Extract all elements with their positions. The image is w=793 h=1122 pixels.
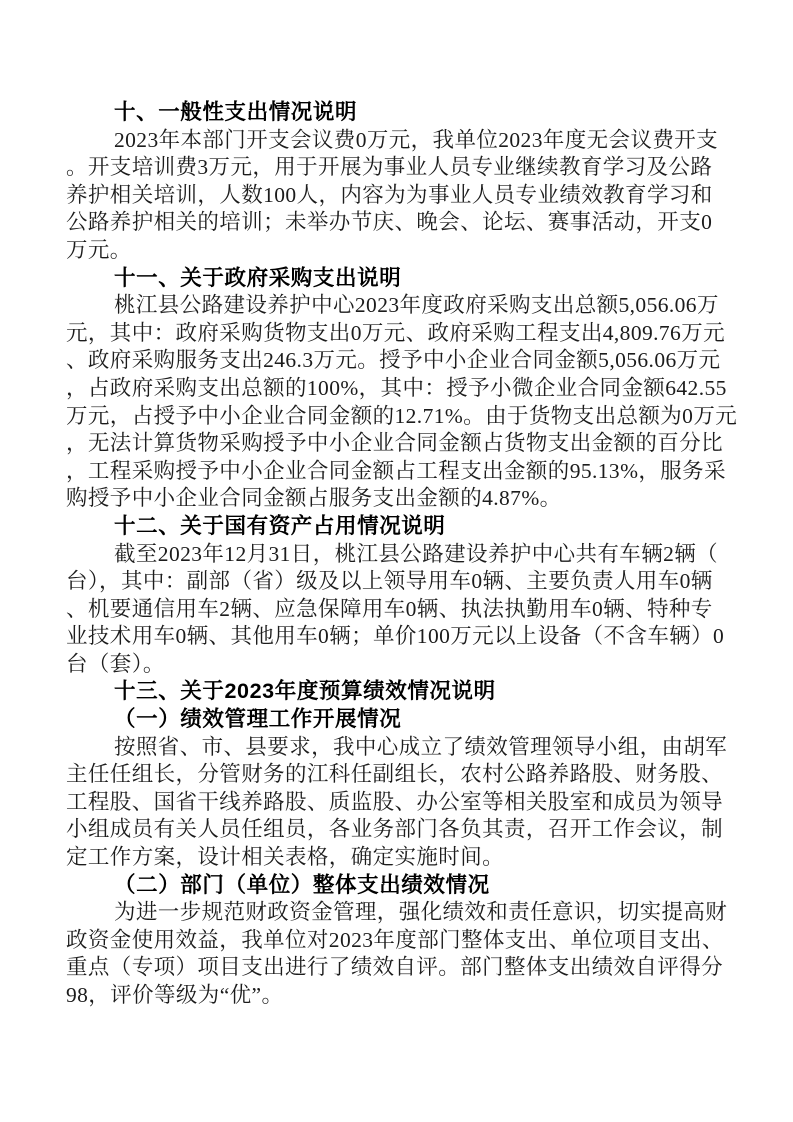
text-line: 截至2023年12月31日，桃江县公路建设养护中心共有车辆2辆（ xyxy=(66,541,730,569)
text-line: 公路养护相关的培训；未举办节庆、晚会、论坛、赛事活动，开支0 xyxy=(66,209,730,237)
text-line: 万元，占授予中小企业合同金额的12.71%。由于货物支出总额为0万元 xyxy=(66,403,730,431)
section-heading: 十、一般性支出情况说明 xyxy=(66,99,730,127)
text-line: 为进一步规范财政资金管理，强化绩效和责任意识，切实提高财 xyxy=(66,899,730,927)
section-heading: （二）部门（单位）整体支出绩效情况 xyxy=(66,872,730,900)
text-line: ，占政府采购支出总额的100%，其中：授予小微企业合同金额642.55 xyxy=(66,375,730,403)
section-heading: 十一、关于政府采购支出说明 xyxy=(66,265,730,293)
text-line: 主任任组长，分管财务的江科任副组长，农村公路养路股、财务股、 xyxy=(66,761,730,789)
document-body: 十、一般性支出情况说明2023年本部门开支会议费0万元，我单位2023年度无会议… xyxy=(66,99,730,1010)
text-line: 养护相关培训，人数100人，内容为为事业人员专业绩效教育学习和 xyxy=(66,182,730,210)
text-line: 重点（专项）项目支出进行了绩效自评。部门整体支出绩效自评得分 xyxy=(66,954,730,982)
text-line: 定工作方案，设计相关表格，确定实施时间。 xyxy=(66,844,730,872)
text-line: 桃江县公路建设养护中心2023年度政府采购支出总额5,056.06万 xyxy=(66,292,730,320)
text-line: 政资金使用效益，我单位对2023年度部门整体支出、单位项目支出、 xyxy=(66,927,730,955)
text-line: 购授予中小企业合同金额占服务支出金额的4.87%。 xyxy=(66,485,730,513)
section-heading: 十三、关于2023年度预算绩效情况说明 xyxy=(66,678,730,706)
text-line: 工程股、国省干线养路股、质监股、办公室等相关股室和成员为领导 xyxy=(66,789,730,817)
text-line: 万元。 xyxy=(66,237,730,265)
text-line: 98，评价等级为“优”。 xyxy=(66,982,730,1010)
text-line: 小组成员有关人员任组员，各业务部门各负其责，召开工作会议，制 xyxy=(66,816,730,844)
text-line: 台（套）。 xyxy=(66,651,730,679)
text-line: 业技术用车0辆、其他用车0辆；单价100万元以上设备（不含车辆）0 xyxy=(66,623,730,651)
section-heading: （一）绩效管理工作开展情况 xyxy=(66,706,730,734)
document-page: 十、一般性支出情况说明2023年本部门开支会议费0万元，我单位2023年度无会议… xyxy=(0,0,793,1122)
section-heading: 十二、关于国有资产占用情况说明 xyxy=(66,513,730,541)
text-line: 2023年本部门开支会议费0万元，我单位2023年度无会议费开支 xyxy=(66,127,730,155)
text-line: 、机要通信用车2辆、应急保障用车0辆、执法执勤用车0辆、特种专 xyxy=(66,596,730,624)
text-line: 按照省、市、县要求，我中心成立了绩效管理领导小组，由胡军 xyxy=(66,734,730,762)
text-line: ，无法计算货物采购授予中小企业合同金额占货物支出金额的百分比 xyxy=(66,430,730,458)
text-line: 。开支培训费3万元，用于开展为事业人员专业继续教育学习及公路 xyxy=(66,154,730,182)
text-line: 元，其中：政府采购货物支出0万元、政府采购工程支出4,809.76万元 xyxy=(66,320,730,348)
text-line: 、政府采购服务支出246.3万元。授予中小企业合同金额5,056.06万元 xyxy=(66,347,730,375)
text-line: 台），其中：副部（省）级及以上领导用车0辆、主要负责人用车0辆 xyxy=(66,568,730,596)
text-line: ，工程采购授予中小企业合同金额占工程支出金额的95.13%，服务采 xyxy=(66,458,730,486)
